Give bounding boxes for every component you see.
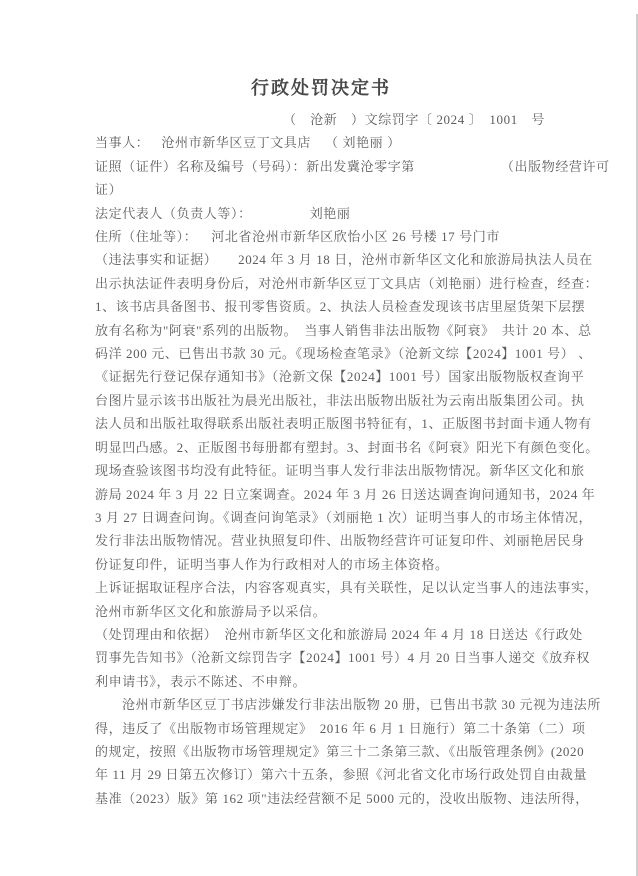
body-line: 基准（2023）版》第 162 项"违法经营额不足 5000 元的，没收出版物、… — [95, 787, 547, 810]
body-line: 法人员和出版社取得联系出版社表明正版图书特征有，1、正版图书封面卡通人物有 — [95, 412, 547, 435]
license-value: 新出发冀沧零字第 — [306, 159, 415, 174]
body-line: 的规定，按照《出版物市场管理规定》第三十二条第三款、《出版管理条例》(2020 — [95, 740, 547, 763]
license-row: 证照（证件）名称及编号（号码）：新出发冀沧零字第（出版物经营许可 — [95, 155, 547, 178]
document-content: 行政处罚决定书 （ 沧新 ）文综罚字〔 2024 〕 1001 号 当事人：沧州… — [95, 74, 547, 810]
body-line: 1、该书店具备图书、报刊零售资质。2、执法人员检查发现该书店里屋货架下层摆 — [95, 295, 547, 318]
body-line: 得，违反了《出版物市场管理规定》 2016 年 6 月 1 日施行）第二十条第（… — [95, 717, 547, 740]
legal-rep-row: 法定代表人（负责人等）：刘艳丽 — [95, 202, 547, 225]
document-number: （ 沧新 ）文综罚字〔 2024 〕 1001 号 — [95, 108, 547, 131]
legal-rep-value: 刘艳丽 — [310, 206, 351, 221]
body-line: 份证复印件，证明当事人作为行政相对人的市场主体资格。 — [95, 553, 547, 576]
body-line: 出示执法证件表明身份后，对沧州市新华区豆丁文具店（刘艳丽）进行检查，经查： — [95, 272, 547, 295]
party-note: （ 刘艳丽 ） — [325, 135, 401, 150]
address-value: 河北省沧州市新华区欣怡小区 26 号楼 17 号门市 — [211, 229, 500, 244]
license-continuation: 证） — [95, 182, 122, 197]
body-line: 《证据先行登记保存通知书》（沧新文保【2024】1001 号）国家出版物版权查询… — [95, 365, 547, 388]
body-line: 明显凹凸感。2、正版图书每册都有塑封。3、封面书名《阿衰》阳光下有颜色变化。 — [95, 436, 547, 459]
body-line: 现场查验该图书均没有此特征。证明当事人发行非法出版物情况。新华区文化和旅 — [95, 459, 547, 482]
party-label: 当事人： — [95, 135, 149, 150]
body-line: 罚事先告知书》（沧新文综罚告字【2024】1001 号）4 月 20 日当事人递… — [95, 646, 547, 669]
body-line: 3 月 27 日调查问询。《调查问询笔录》（刘丽艳 1 次）证明当事人的市场主体… — [95, 506, 547, 529]
body-line: （处罚理由和依据） 沧州市新华区文化和旅游局 2024 年 4 月 18 日送达… — [95, 623, 547, 646]
body-line: （违法事实和证据） 2024 年 3 月 18 日，沧州市新华区文化和旅游局执法… — [95, 248, 547, 271]
body-line: 沧州市新华区文化和旅游局予以采信。 — [95, 600, 547, 623]
body-line: 台图片显示该书出版社为晨光出版社，非法出版物出版社为云南出版集团公司。执 — [95, 389, 547, 412]
license-note: （出版物经营许可 — [501, 159, 610, 174]
document-title: 行政处罚决定书 — [95, 74, 547, 102]
body-line: 发行非法出版物情况。营业执照复印件、出版物经营许可证复印件、刘丽艳居民身 — [95, 529, 547, 552]
address-label: 住所（住址等）： — [95, 229, 197, 244]
party-value: 沧州市新华区豆丁文具店 — [161, 135, 311, 150]
license-continuation-row: 证） — [95, 178, 547, 201]
scanned-document-page: 行政处罚决定书 （ 沧新 ）文综罚字〔 2024 〕 1001 号 当事人：沧州… — [0, 0, 638, 876]
body-line: 放有名称为"阿衰"系列的出版物。 当事人销售非法出版物《阿衰》 共计 20 本、… — [95, 319, 547, 342]
body-line: 码洋 200 元、已售出书款 30 元。《现场检查笔录》（沧新文综【2024】1… — [95, 342, 547, 365]
legal-rep-label: 法定代表人（负责人等）： — [95, 206, 252, 221]
body-line: 上诉证据取证程序合法，内容客观真实，具有关联性，足以认定当事人的违法事实， — [95, 576, 547, 599]
body-line: 沧州市新华区豆丁书店涉嫌发行非法出版物 20 册，已售出书款 30 元视为违法所 — [95, 693, 547, 716]
address-row: 住所（住址等）：河北省沧州市新华区欣怡小区 26 号楼 17 号门市 — [95, 225, 547, 248]
body-line: 年 11 月 29 日第五次修订）第六十五条，参照《河北省文化市场行政处罚自由裁… — [95, 763, 547, 786]
party-row: 当事人：沧州市新华区豆丁文具店（ 刘艳丽 ） — [95, 131, 547, 154]
body-line: 游局 2024 年 3 月 22 日立案调查。2024 年 3 月 26 日送达… — [95, 483, 547, 506]
body-line: 利申请书》，表示不陈述、不申辩。 — [95, 670, 547, 693]
license-label: 证照（证件）名称及编号（号码）： — [95, 159, 306, 174]
